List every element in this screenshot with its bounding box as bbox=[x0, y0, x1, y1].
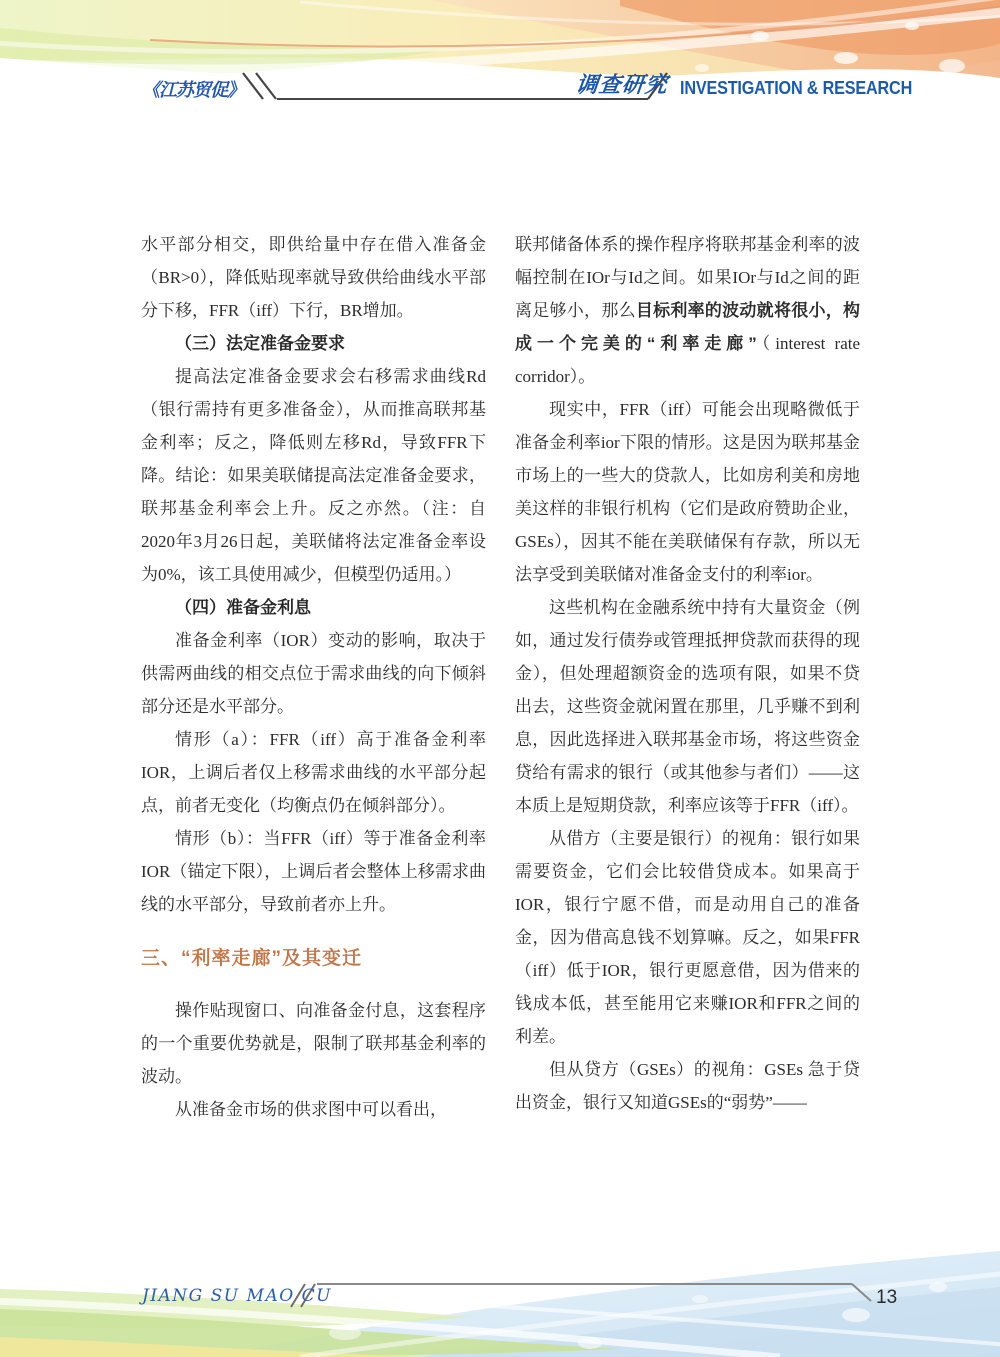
body: 从准备金市场的供求图中可以看出， bbox=[141, 1093, 486, 1126]
article-body: 水平部分相交，即供给量中存在借入准备金（BR>0），降低贴现率就导致供给曲线水平… bbox=[141, 228, 860, 1126]
text-run: 从借方（主要是银行）的视角：银行如果需要资金，它们会比较借贷成本。如果高于IOR… bbox=[515, 829, 860, 1046]
subheading: （四）准备金利息 bbox=[141, 591, 486, 624]
text-run: （三）法定准备金要求 bbox=[175, 334, 345, 353]
text-run: 操作贴现窗口、向准备金付息，这套程序的一个重要优势就是，限制了联邦基金利率的波动… bbox=[141, 1001, 486, 1086]
text-run: 从准备金市场的供求图中可以看出， bbox=[175, 1100, 447, 1119]
text-run: 但从贷方（GSEs）的视角：GSEs 急于贷出资金，银行又知道GSEs的“弱势”… bbox=[515, 1060, 860, 1112]
left-column: 水平部分相交，即供给量中存在借入准备金（BR>0），降低贴现率就导致供给曲线水平… bbox=[141, 228, 486, 1126]
text-run: 这些机构在金融系统中持有大量资金（例如，通过发行债券或管理抵押贷款而获得的现金）… bbox=[515, 598, 860, 815]
column-title-chinese: 调查研究 bbox=[574, 68, 669, 99]
body: 情形（a）：FFR（iff）高于准备金利率IOR，上调后者仅上移需求曲线的水平部… bbox=[141, 723, 486, 822]
body: 准备金利率（IOR）变动的影响，取决于供需两曲线的相交点位于需求曲线的向下倾斜部… bbox=[141, 624, 486, 723]
text-run: 情形（b）：当FFR（iff）等于准备金利率IOR（锚定下限），上调后者会整体上… bbox=[141, 829, 486, 914]
body: 联邦储备体系的操作程序将联邦基金利率的波幅控制在IOr与Id之间。如果IOr与I… bbox=[515, 228, 860, 393]
body: 但从贷方（GSEs）的视角：GSEs 急于贷出资金，银行又知道GSEs的“弱势”… bbox=[515, 1053, 860, 1119]
magazine-logo: 《江苏贸促》 bbox=[142, 76, 244, 102]
text-run: 现实中，FFR（iff）可能会出现略微低于准备金利率ior下限的情形。这是因为联… bbox=[515, 400, 860, 584]
body: 从借方（主要是银行）的视角：银行如果需要资金，它们会比较借贷成本。如果高于IOR… bbox=[515, 822, 860, 1053]
column-title-english: INVESTIGATION & RESEARCH bbox=[680, 78, 912, 99]
body: 提高法定准备金要求会右移需求曲线Rd（银行需持有更多准备金），从而推高联邦基金利… bbox=[141, 360, 486, 591]
text-run: （四）准备金利息 bbox=[175, 598, 311, 617]
right-column: 联邦储备体系的操作程序将联邦基金利率的波幅控制在IOr与Id之间。如果IOr与I… bbox=[515, 228, 860, 1126]
body: 情形（b）：当FFR（iff）等于准备金利率IOR（锚定下限），上调后者会整体上… bbox=[141, 822, 486, 921]
body: 操作贴现窗口、向准备金付息，这套程序的一个重要优势就是，限制了联邦基金利率的波动… bbox=[141, 994, 486, 1093]
subheading: （三）法定准备金要求 bbox=[141, 327, 486, 360]
text-run: 水平部分相交，即供给量中存在借入准备金（BR>0），降低贴现率就导致供给曲线水平… bbox=[141, 235, 486, 320]
text-run: 三、“利率走廊”及其变迁 bbox=[141, 948, 362, 969]
magazine-page: 《江苏贸促》 调查研究 INVESTIGATION & RESEARCH 水平部… bbox=[0, 0, 1000, 1357]
text-run: 提高法定准备金要求会右移需求曲线Rd（银行需持有更多准备金），从而推高联邦基金利… bbox=[141, 367, 486, 584]
journal-name-romanized: JIANG SU MAO CU bbox=[142, 1286, 332, 1306]
body: 这些机构在金融系统中持有大量资金（例如，通过发行债券或管理抵押贷款而获得的现金）… bbox=[515, 591, 860, 822]
text-run: 准备金利率（IOR）变动的影响，取决于供需两曲线的相交点位于需求曲线的向下倾斜部… bbox=[141, 631, 486, 716]
body: 现实中，FFR（iff）可能会出现略微低于准备金利率ior下限的情形。这是因为联… bbox=[515, 393, 860, 591]
body: 水平部分相交，即供给量中存在借入准备金（BR>0），降低贴现率就导致供给曲线水平… bbox=[141, 228, 486, 327]
page-number: 13 bbox=[876, 1287, 897, 1309]
section-heading: 三、“利率走廊”及其变迁 bbox=[141, 947, 486, 971]
text-run: 情形（a）：FFR（iff）高于准备金利率IOR，上调后者仅上移需求曲线的水平部… bbox=[141, 730, 486, 815]
